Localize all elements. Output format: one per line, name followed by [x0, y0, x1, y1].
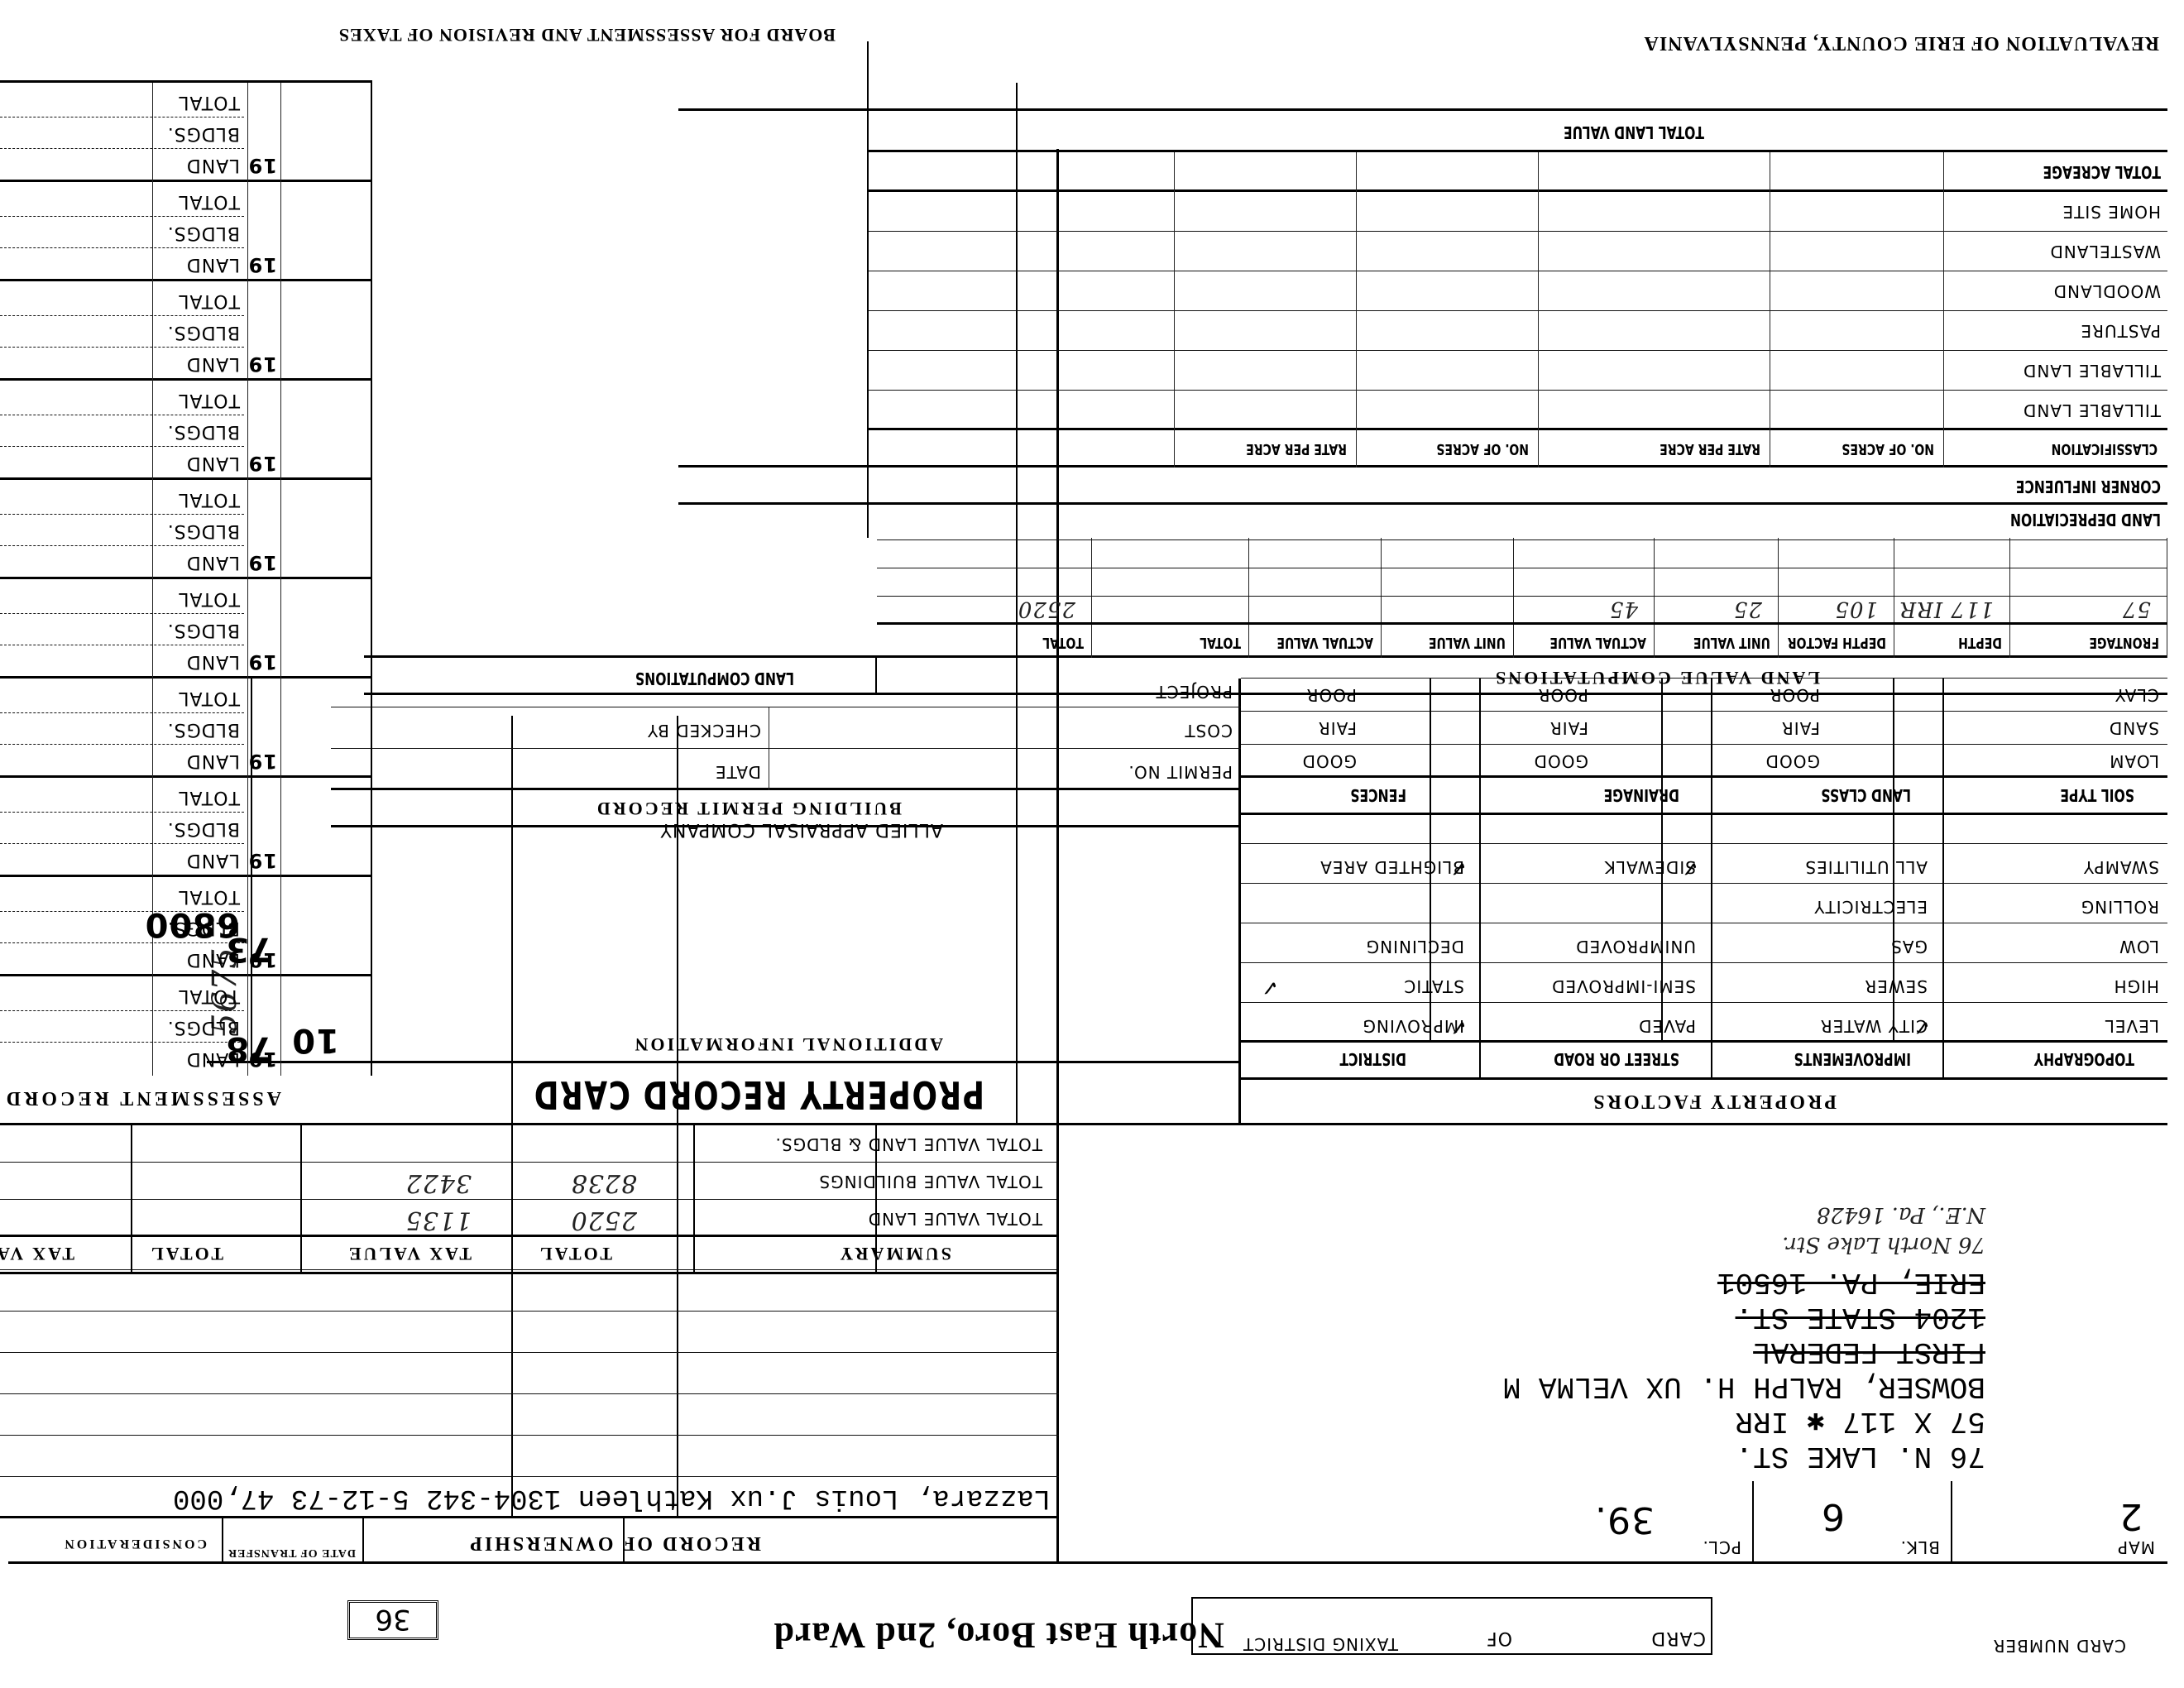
land-value-cell[interactable]: 2520: [1018, 597, 1075, 621]
factor-option[interactable]: GOOD: [1302, 751, 1357, 771]
land-value-cell[interactable]: 105: [1834, 597, 1878, 621]
land-value-cell[interactable]: 117 IRR: [1899, 597, 1994, 621]
owner-name: BOWSER, RALPH H. UX VELMA M: [1503, 1369, 1985, 1403]
factor-option[interactable]: SEMI-IMPROVED: [1551, 976, 1696, 996]
year-prefix: 19: [248, 750, 277, 773]
board-title: BOARD FOR ASSESSMENT AND REVISION OF TAX…: [338, 24, 836, 46]
assessment-row-label: BLDGS.: [167, 520, 240, 541]
assessment-row-label: TOTAL: [178, 787, 240, 808]
total-land-value: 2520: [571, 1206, 637, 1235]
column-header: ACTUAL VALUE: [1549, 634, 1646, 651]
factor-option[interactable]: HIGH: [2114, 976, 2159, 996]
land-value-cell[interactable]: 57: [2122, 597, 2151, 621]
year-prefix: 19: [248, 154, 277, 177]
tax-value-land: 1135: [405, 1206, 472, 1235]
card-of-label: OF: [1486, 1628, 1512, 1648]
card-title: PROPERTY RECORD CARD: [533, 1072, 984, 1117]
assessment-row-label: BLDGS.: [167, 322, 240, 343]
acreage-row-label: WASTELAND: [2049, 242, 2161, 261]
assessment-row-label: BLDGS.: [167, 421, 240, 442]
assessment-row-label: BLDGS.: [167, 123, 240, 144]
assessment-row-label: TOTAL: [178, 588, 240, 609]
factor-option[interactable]: LOW: [2119, 937, 2159, 957]
column-header: RATE PER ACRE: [1660, 440, 1760, 458]
building-permit-record: BUILDING PERMIT RECORD PERMIT NO. DATE C…: [331, 679, 1241, 827]
assessment-stamp: 6800: [145, 905, 240, 943]
acreage-row-label: PASTURE: [2080, 321, 2161, 341]
assessment-row-label: TOTAL: [178, 489, 240, 510]
factor-option[interactable]: GAS: [1890, 937, 1928, 957]
assessment-row-label: LAND: [186, 453, 240, 473]
assessment-row-label: LAND: [186, 651, 240, 672]
summary-table: SUMMARY TOTAL TAX VALUE TOTAL TAX VALUE …: [0, 1125, 1051, 1274]
assessment-row-label: LAND: [186, 254, 240, 275]
parcel-id-row: MAP 2 BLK. 6 PCL. 39.: [1059, 1481, 2167, 1564]
assessment-row-label: LAND: [186, 850, 240, 870]
owner-address-block: 76 N. LAKE ST. 57 X 117 ✱ IRR BOWSER, RA…: [1158, 1076, 1985, 1473]
year-prefix: 19: [248, 849, 277, 872]
column-header: RATE PER ACRE: [1246, 440, 1347, 458]
acreage-row-label: TOTAL ACREAGE: [2043, 162, 2161, 182]
former-mailing-line: ERIE, PA. 16501: [1503, 1264, 1985, 1299]
year-prefix: 19: [248, 352, 277, 376]
county-title: REVALUATION OF ERIE COUNTY, PENNSYLVANIA: [1644, 31, 2159, 54]
map-number: 2: [2119, 1495, 2143, 1537]
factor-option[interactable]: SAND: [2109, 718, 2159, 738]
block-number: 6: [1821, 1495, 1845, 1537]
land-value-cell[interactable]: 45: [1609, 597, 1638, 621]
factor-option[interactable]: GOOD: [1534, 751, 1588, 771]
assessment-row-label: BLDGS.: [167, 223, 240, 243]
tax-value-buildings: 3422: [405, 1168, 472, 1197]
assessment-stamp: 10: [291, 1021, 339, 1059]
factor-option[interactable]: FAIR: [1781, 718, 1820, 738]
acreage-section: LAND DEPRECIATION CORNER INFLUENCE CLASS…: [678, 41, 2167, 538]
assessment-row-label: BLDGS.: [167, 620, 240, 640]
assessment-row-label: TOTAL: [178, 191, 240, 212]
assessment-row-label: TOTAL: [178, 886, 240, 907]
assessment-row-label: LAND: [186, 353, 240, 374]
assessment-row-label: TOTAL: [178, 290, 240, 311]
factor-option[interactable]: FAIR: [1549, 718, 1588, 738]
column-header: TOTAL: [1042, 634, 1084, 651]
assessment-row-label: LAND: [186, 750, 240, 771]
column-header: CLASSIFICATION: [2052, 440, 2158, 458]
column-header: ACTUAL VALUE: [1276, 634, 1373, 651]
owner-address-lines: 76 N. LAKE ST. 57 X 117 ✱ IRR BOWSER, RA…: [1503, 1264, 1985, 1473]
factor-option[interactable]: CITY WATER: [1820, 1016, 1928, 1036]
assessment-row-label: TOTAL: [178, 985, 240, 1006]
district-code-box: 36: [347, 1600, 438, 1640]
column-header: NO. OF ACRES: [1436, 440, 1529, 458]
assessment-stamp: 78: [225, 1029, 273, 1067]
column-header: TOTAL: [1200, 634, 1241, 651]
former-mailing-line: FIRST FEDERAL: [1503, 1334, 1985, 1369]
column-header: DEPTH: [1958, 634, 2002, 651]
taxing-district-value: North East Boro, 2nd Ward: [773, 1614, 1224, 1657]
factor-option[interactable]: STATIC: [1403, 976, 1464, 996]
ownership-entry: Lazzara, Louis J.ux Kathleen 1304-342 5-…: [173, 1482, 1051, 1513]
assessment-row-label: TOTAL: [178, 688, 240, 708]
column-header: NO. OF ACRES: [1842, 440, 1934, 458]
factor-option[interactable]: ELECTRICITY: [1813, 897, 1928, 917]
factor-option[interactable]: LEVEL: [2105, 1016, 2159, 1036]
ownership-header: RECORD OF OWNERSHIP DATE OF TRANSFER CON…: [0, 1518, 1059, 1564]
year-prefix: 19: [248, 452, 277, 475]
address-line: 76 N. LAKE ST.: [1503, 1438, 1985, 1473]
acreage-row-label: TILLABLE LAND: [2023, 361, 2161, 381]
assessment-record-grid: 19LANDBLDGS.TOTAL19LANDBLDGS.TOTAL19LAND…: [0, 58, 372, 1076]
factor-option[interactable]: SWAMPY: [2083, 857, 2159, 877]
land-value-cell[interactable]: 25: [1733, 597, 1762, 621]
assessment-record-title: ASSESSMENT RECORD: [3, 1086, 281, 1109]
card-label: CARD: [1650, 1628, 1706, 1648]
assessment-row-label: BLDGS.: [167, 719, 240, 740]
factor-option[interactable]: ROLLING: [2081, 897, 2159, 917]
acreage-row-label: WOODLAND: [2053, 281, 2161, 301]
factor-option[interactable]: BLIGHTED AREA: [1319, 857, 1464, 877]
year-prefix: 19: [248, 253, 277, 276]
factor-option[interactable]: PAVED: [1638, 1016, 1696, 1036]
parcel-number: 39.: [1594, 1499, 1655, 1541]
column-header: UNIT VALUE: [1693, 634, 1770, 651]
assessment-row-label: TOTAL: [178, 390, 240, 410]
property-factors-section: PROPERTY FACTORS TOPOGRAPHY IMPROVEMENTS…: [1241, 679, 2167, 1125]
former-mailing-line: 1204 STATE ST.: [1503, 1299, 1985, 1334]
acreage-row-label: TILLABLE LAND: [2023, 400, 2161, 420]
handwritten-address: 76 North Lake Str. N.E., Pa. 16428: [1782, 1200, 1985, 1259]
factor-option[interactable]: DECLINING: [1366, 937, 1464, 957]
ownership-row[interactable]: Lazzara, Louis J.ux Kathleen 1304-342 5-…: [0, 1477, 1059, 1518]
factor-option[interactable]: GOOD: [1765, 751, 1820, 771]
assessment-row-label: LAND: [186, 552, 240, 573]
total-value-buildings: 8238: [571, 1168, 637, 1197]
column-header: DEPTH FACTOR: [1788, 634, 1886, 651]
factor-option[interactable]: SEWER: [1864, 976, 1928, 996]
total-land-value-label: TOTAL LAND VALUE: [1564, 122, 1704, 142]
land-value-computations: LAND VALUE COMPUTATIONS LAND COMPUTATION…: [364, 538, 2167, 695]
check-mark-icon[interactable]: ✓: [1260, 975, 1279, 1000]
assessment-row-label: TOTAL: [178, 92, 240, 113]
column-header: FRONTAGE: [2089, 634, 2159, 651]
column-header: UNIT VALUE: [1429, 634, 1506, 651]
factor-option[interactable]: UNIMPROVED: [1575, 937, 1696, 957]
factor-option[interactable]: ALL UTILITIES: [1804, 857, 1928, 877]
lot-dimensions: 57 X 117 ✱ IRR: [1503, 1403, 1985, 1438]
factor-option[interactable]: SIDEWALK: [1604, 857, 1696, 877]
assessment-row-label: BLDGS.: [167, 818, 240, 839]
year-prefix: 19: [248, 650, 277, 674]
year-prefix: 19: [248, 551, 277, 574]
assessment-row-label: LAND: [186, 155, 240, 175]
factor-option[interactable]: IMPROVING: [1362, 1016, 1464, 1036]
card-number-label: CARD NUMBER: [1993, 1637, 2126, 1655]
taxing-district-label: TAXING DISTRICT: [1233, 1635, 1398, 1653]
factor-option[interactable]: FAIR: [1318, 718, 1357, 738]
property-record-card-scan: CARD NUMBER CARD OF TAXING DISTRICT Nort…: [0, 0, 2184, 1688]
acreage-row-label: HOME SITE: [2062, 202, 2161, 222]
factor-option[interactable]: LOAM: [2109, 751, 2159, 771]
